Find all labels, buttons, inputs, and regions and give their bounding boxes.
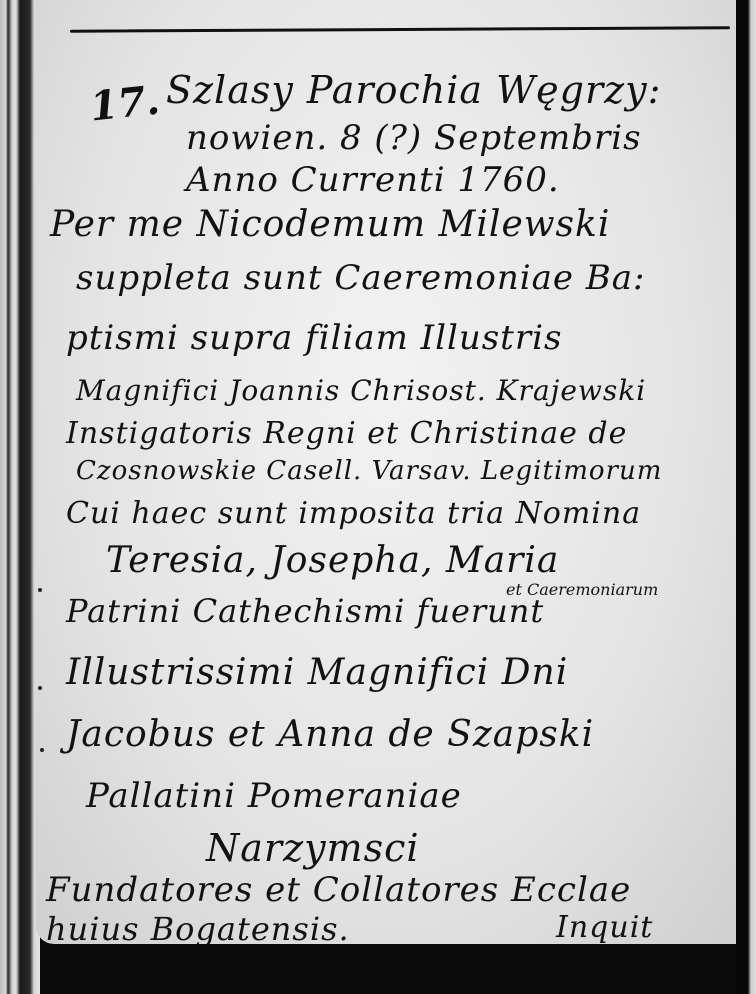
book-spine (0, 0, 40, 994)
line-19: Inquit (556, 910, 653, 944)
line-14: Jacobus et Anna de Szapski (66, 714, 594, 755)
line-3: Anno Currenti 1760. (186, 160, 560, 200)
line-18: huius Bogatensis. (46, 910, 350, 944)
line-4: Per me Nicodemum Milewski (50, 204, 610, 245)
margin-mark (38, 686, 42, 690)
line-7: Magnifici Joannis Chrisost. Krajewski (76, 374, 646, 407)
margin-mark (40, 748, 44, 752)
line-8: Instigatoris Regni et Christinae de (66, 416, 627, 451)
line-5: suppleta sunt Caeremoniae Ba: (76, 258, 646, 298)
line-1: Szlasy Parochia Węgrzy: (166, 68, 661, 112)
top-rule-line (70, 26, 730, 32)
line-10: Cui haec sunt imposita tria Nomina (66, 496, 641, 531)
register-page: 17. Szlasy Parochia Węgrzy: nowien. 8 (?… (36, 0, 736, 944)
line-16: Narzymsci (206, 826, 420, 870)
line-15: Pallatini Pomeraniae (86, 776, 462, 816)
adjacent-page-strip (748, 0, 756, 994)
margin-mark (38, 588, 42, 592)
line-13: Illustrissimi Magnifici Dni (66, 652, 568, 693)
entry-number: 17. (88, 76, 162, 130)
line-2: nowien. 8 (?) Septembris (186, 118, 642, 158)
line-17: Fundatores et Collatores Ecclae (46, 870, 631, 910)
line-11: Teresia, Josepha, Maria (106, 540, 559, 581)
line-12: Patrini Cathechismi fuerunt (66, 592, 544, 630)
line-9: Czosnowskie Casell. Varsav. Legitimorum (76, 456, 662, 486)
line-6: ptismi supra filiam Illustris (66, 318, 562, 358)
